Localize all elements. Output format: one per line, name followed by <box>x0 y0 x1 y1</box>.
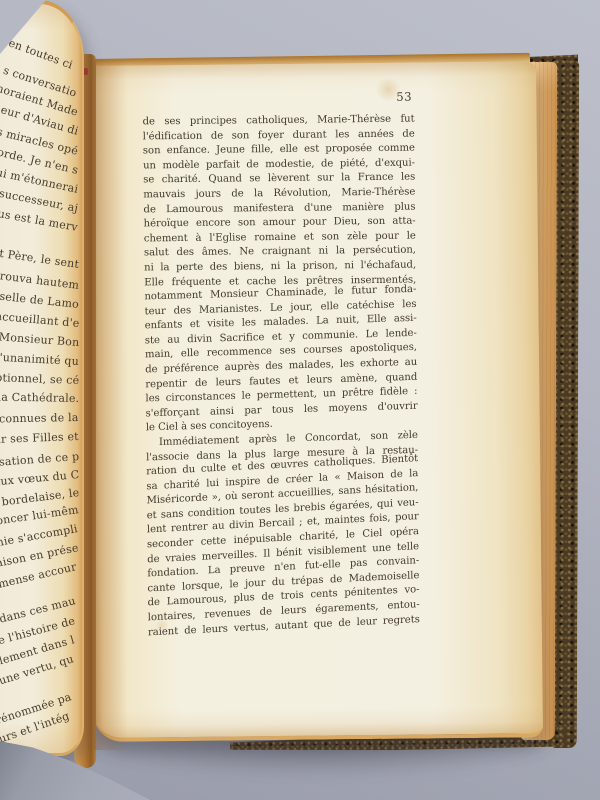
text-fragment: s la Cathédrale. <box>0 390 79 405</box>
text-fragment: moiselle de Lamo <box>0 287 80 310</box>
text-column: de ses principes catholiques, Marie-Thér… <box>143 113 420 641</box>
text-fragment: le prouva hautem <box>0 267 80 292</box>
text-line-group: de ses principes catholiques, Marie-Thér… <box>143 113 417 291</box>
text-fragment: ent à l'unanimité qu <box>0 349 79 368</box>
book-page-right: 53 de ses principes catholiques, Marie-T… <box>86 61 543 742</box>
text-fragment: exceptionnel, se cé <box>0 370 79 387</box>
text-line-group: ration du culte et des œuvres catholique… <box>146 452 420 640</box>
text-fragment: urs accueillant d'e <box>0 308 80 330</box>
text-line-group: notamment Monsieur Chaminade, le futur f… <box>144 283 418 466</box>
book-photograph: 53 de ses principes catholiques, Marie-T… <box>0 0 600 800</box>
text-fragment: à bien connues de la <box>0 411 79 426</box>
book-page-left: en toutes ci s conversatio honoraient Ma… <box>0 0 84 756</box>
text-fragment: aint Père, le sent <box>0 244 80 271</box>
gutter-shadow <box>94 60 128 750</box>
text-fragment: ées par ses Filles et <box>0 430 79 447</box>
page-number: 53 <box>396 90 412 104</box>
text-fragment: ue Monsieur Bon <box>0 329 79 349</box>
